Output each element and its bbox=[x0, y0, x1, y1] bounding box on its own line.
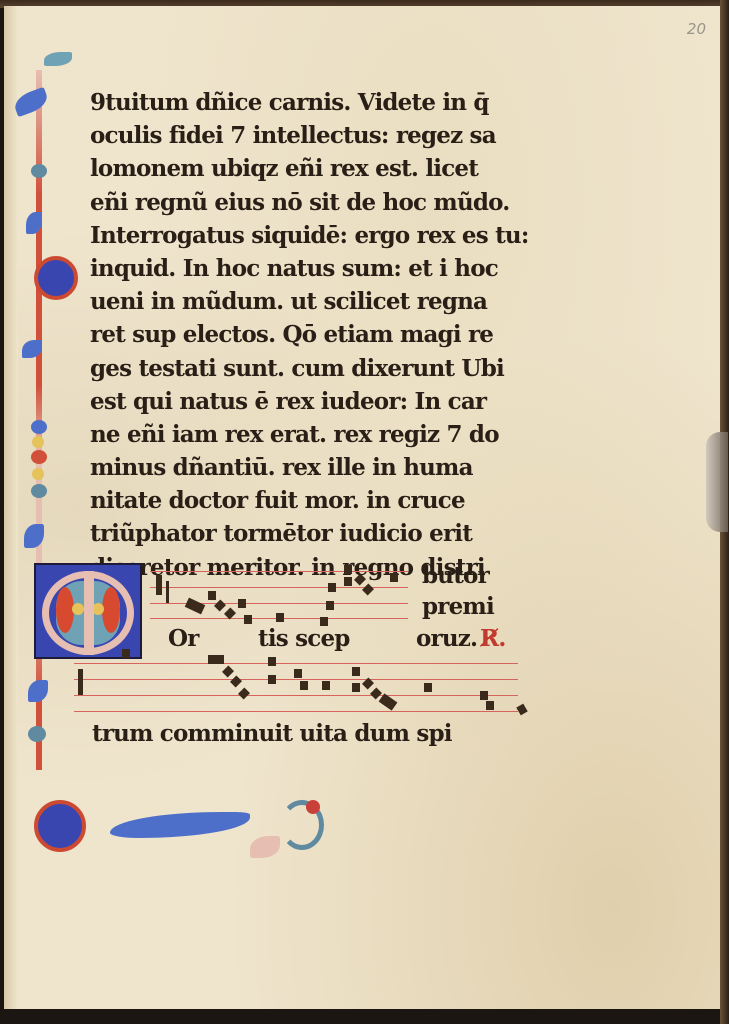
page-tab-marker bbox=[706, 432, 728, 532]
text-line: inquid. In hoc natus sum: et i hoc bbox=[90, 252, 530, 285]
text-column: 9tuitum dñice carnis. Videte in q̄ oculi… bbox=[90, 86, 530, 584]
text-line: minus dñantiū. rex ille in huma bbox=[90, 451, 530, 484]
illuminated-initial-m bbox=[34, 563, 142, 659]
text-line: nitate doctor fuit mor. in cruce bbox=[90, 484, 530, 517]
clef-icon bbox=[166, 581, 169, 603]
text-line: ne eñi iam rex erat. rex regiz 7 do bbox=[90, 418, 530, 451]
text-line: oculis fidei 7 intellectus: regez sa bbox=[90, 119, 530, 152]
music-staff-1 bbox=[150, 571, 410, 621]
lyric-syllable: Or bbox=[168, 625, 199, 652]
text-line: Interrogatus siquidē: ergo rex es tu: bbox=[90, 219, 530, 252]
text-line: lomonem ubiqz eñi rex est. licet bbox=[90, 152, 530, 185]
text-line: trum comminuit uita dum spi bbox=[92, 720, 452, 747]
page-gutter bbox=[4, 6, 18, 1009]
neume-icon bbox=[486, 701, 494, 710]
text-line: triũphator tormētor iudicio erit bbox=[90, 517, 530, 550]
neume-icon bbox=[480, 691, 488, 700]
neume-icon bbox=[354, 573, 366, 585]
clef-icon bbox=[156, 575, 162, 595]
neume-icon bbox=[214, 599, 226, 611]
neume-icon bbox=[230, 675, 242, 687]
neume-icon bbox=[326, 601, 334, 610]
neume-icon bbox=[238, 599, 246, 608]
lyric-syllable: tis scep bbox=[258, 625, 350, 652]
vine-bead-icon bbox=[31, 420, 47, 434]
neume-icon bbox=[362, 583, 374, 595]
initial-stem bbox=[84, 571, 94, 655]
neume-icon bbox=[352, 667, 360, 676]
neume-icon bbox=[344, 565, 352, 574]
text-line: ret sup electos. Qō etiam magi re bbox=[90, 318, 530, 351]
neume-icon bbox=[294, 669, 302, 678]
text-line: ueni in mũdum. ut scilicet regna bbox=[90, 285, 530, 318]
folio-number: 20 bbox=[687, 20, 706, 38]
neume-icon bbox=[352, 683, 360, 692]
text-line: eñi regnũ eius nō sit de hoc mũdo. bbox=[90, 186, 530, 219]
spiral-ornament-icon bbox=[34, 800, 86, 852]
initial-red-lobe bbox=[102, 587, 120, 633]
text-line: butor bbox=[422, 562, 489, 589]
neume-icon bbox=[208, 591, 216, 600]
neume-icon bbox=[344, 577, 352, 586]
text-line: est qui natus ē rex iudeor: In car bbox=[90, 385, 530, 418]
neume-icon bbox=[122, 649, 130, 658]
text-line: premi bbox=[422, 593, 494, 620]
vine-bead-icon bbox=[32, 436, 44, 448]
neume-icon bbox=[390, 573, 398, 582]
clef-icon bbox=[78, 669, 83, 695]
vine-knot-icon bbox=[31, 484, 47, 498]
neume-icon bbox=[216, 655, 224, 664]
neume-icon bbox=[238, 687, 250, 699]
text-line: oruz. bbox=[416, 625, 477, 652]
vine-knot-icon bbox=[28, 726, 46, 742]
neume-icon bbox=[276, 613, 284, 622]
neume-icon bbox=[185, 598, 206, 615]
text-line: ges testati sunt. cum dixerunt Ubi bbox=[90, 352, 530, 385]
neume-icon bbox=[268, 657, 276, 666]
spiral-ornament-icon bbox=[34, 256, 78, 300]
neume-icon bbox=[322, 681, 330, 690]
neume-icon bbox=[300, 681, 308, 690]
neume-icon bbox=[208, 655, 216, 664]
music-staff-2 bbox=[74, 663, 520, 713]
vine-bead-icon bbox=[32, 468, 44, 480]
vine-knot-icon bbox=[31, 164, 47, 178]
rubric-responsory-mark: R̸. bbox=[480, 625, 506, 652]
neume-icon bbox=[424, 683, 432, 692]
vine-bead-icon bbox=[31, 450, 47, 464]
neume-icon bbox=[268, 675, 276, 684]
bud-icon bbox=[306, 800, 320, 814]
neume-icon bbox=[244, 615, 252, 624]
text-line: 9tuitum dñice carnis. Videte in q̄ bbox=[90, 86, 530, 119]
neume-icon bbox=[328, 583, 336, 592]
initial-gold-bud bbox=[72, 603, 84, 615]
neume-icon bbox=[222, 665, 234, 677]
